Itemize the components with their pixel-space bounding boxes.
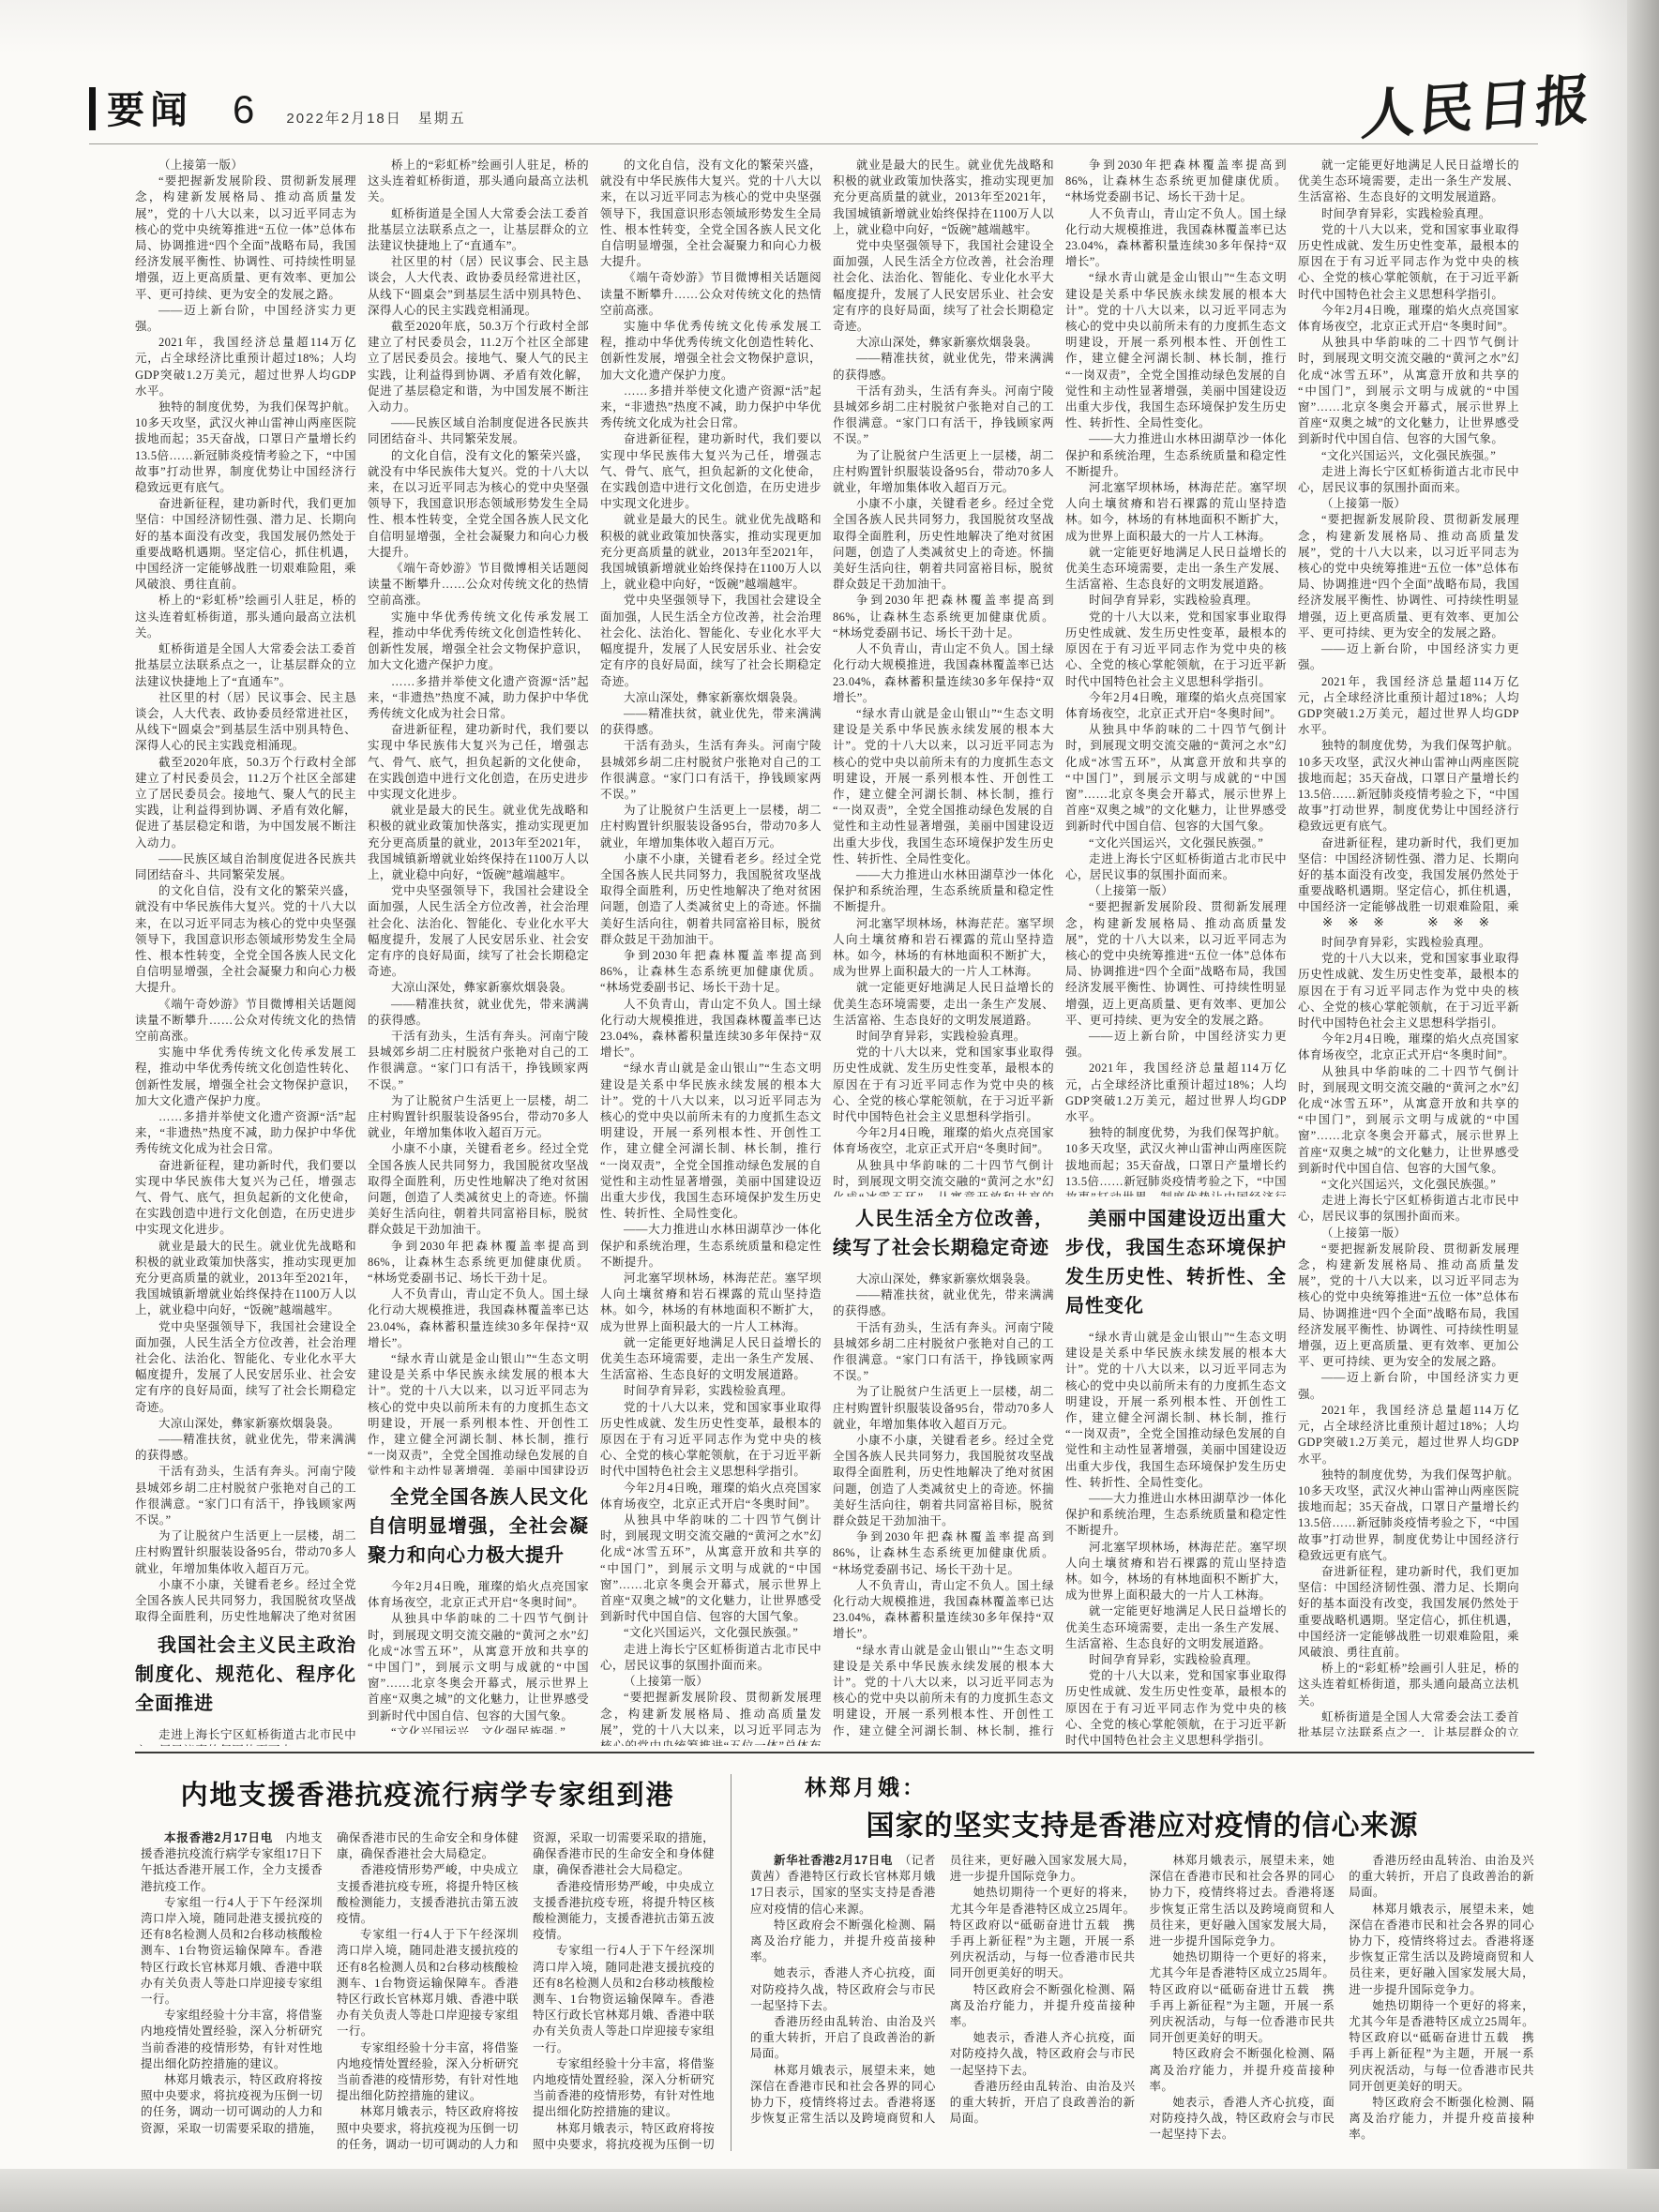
body-paragraph: （上接第一版） [135,158,356,173]
bottom-right-kicker: 林郑月娥： [805,1770,927,1801]
body-paragraph: 党的十八大以来，党和国家事业取得历史性成就、发生历史性变革，最根本的原因在于有习… [600,1400,822,1481]
body-paragraph: （上接第一版） [1065,883,1287,899]
body-paragraph: ——民族区域自治制度促进各民族共同团结奋斗、共同繁荣发展。 [135,851,356,883]
body-paragraph: ——精准扶贫，就业优先，带来满满的获得感。 [600,706,822,738]
column-text: 走进上海长宁区虹桥街道古北市民中心，居民议事的氛围扑面而来。 [135,1727,356,1746]
body-paragraph: 走进上海长宁区虹桥街道古北市民中心，居民议事的氛围扑面而来。 [1298,1193,1519,1225]
body-paragraph: 从独具中华韵味的二十四节气倒计时，到展现文明交流交融的“黄河之水”幻化成“冰雪五… [368,1611,589,1723]
body-paragraph: 特区政府会不断强化检测、隔离及治疗能力，并提升疫苗接种率。 [950,1982,1136,2031]
body-paragraph: 党中央坚强领导下，我国社会建设全面加强，人民生活全方位改善，社会治理社会化、法治… [135,1319,356,1416]
body-paragraph: “要把握新发展阶段、贯彻新发展理念，构建新发展格局、推动高质量发展”，党的十八大… [1298,1241,1519,1371]
body-paragraph: 虹桥街道是全国人大常委会法工委首批基层立法联系点之一，让基层群众的立法建议快捷地… [1298,1709,1519,1737]
dateline: 新华社香港2月17日电 [774,1854,893,1867]
body-paragraph: “文化兴国运兴，文化强民族强。” [368,1724,589,1734]
body-paragraph: “绿水青山就是金山银山”“生态文明建设是关系中华民族永续发展的根本大计”。党的十… [1065,1330,1287,1491]
body-paragraph: 就业是最大的民生。就业优先战略和积极的就业政策加快落实，推动实现更加充分更高质量… [135,1239,356,1319]
subhead-democracy: 我国社会主义民主政治制度化、规范化、程序化全面推进 [135,1632,356,1719]
bottom-section-rule [135,1752,1534,1753]
body-paragraph: 党中央坚强领导下，我国社会建设全面加强，人民生活全方位改善，社会治理社会化、法治… [368,883,589,980]
bottom-right-lead-paragraph: 新华社香港2月17日电 （记者黄茜）香港特区行政长官林郑月娥17日表示，国家的坚… [750,1853,936,1918]
body-paragraph: 社区里的村（居）民议事会、民主恳谈会，人大代表、政协委员经常进社区，从线下“圆桌… [135,690,356,755]
body-paragraph: 党中央坚强领导下，我国社会建设全面加强，人民生活全方位改善，社会治理社会化、法治… [600,593,822,689]
column-text: 大凉山深处，彝家新寨炊烟袅袅。——精准扶贫，就业优先，带来满满的获得感。干活有劲… [833,1272,1054,1737]
scan-edge-top [0,0,1659,54]
body-paragraph: 的文化自信，没有文化的繁荣兴盛，就没有中华民族伟大复兴。党的十八大以来，在以习近… [600,158,822,270]
body-paragraph: 干活有劲头，生活有奔头。河南宁陵县城郊乡胡二庄村脱贫户张艳对自己的工作很满意。“… [833,384,1054,448]
body-paragraph: 香港疫情形势严峻，中央成立支援香港抗疫专班，将提升特区核酸检测能力，支援香港抗击… [337,1862,519,1927]
body-paragraph: ——大力推进山水林田湖草沙一体化保护和系统治理，生态系统质量和稳定性不断提升。 [1065,431,1287,480]
body-paragraph: 人不负青山，青山定不负人。国土绿化行动大规模推进，我国森林覆盖率已达23.04%… [833,641,1054,706]
body-paragraph: 今年2月4日晚，璀璨的焰火点亮国家体育场夜空，北京正式开启“冬奥时间”。 [600,1481,822,1512]
subhead-livelihood: 人民生活全方位改善，续写了社会长期稳定奇迹 [833,1205,1054,1263]
body-paragraph: 奋进新征程，建功新时代，我们要以实现中华民族伟大复兴为己任，增强志气、骨气、底气… [600,431,822,512]
body-paragraph: “要把握新发展阶段、贯彻新发展理念，构建新发展格局、推动高质量发展”，党的十八大… [135,173,356,303]
body-paragraph: 为了让脱贫户生活更上一层楼，胡二庄村购置针织服装设备95台，带动70多人就业，年… [368,1093,589,1142]
body-paragraph: 小康不小康，关键看老乡。经过全党全国各族人民共同努力，我国脱贫攻坚战取得全面胜利… [368,1141,589,1238]
body-paragraph: 实施中华优秀传统文化传承发展工程，推动中华优秀传统文化创造性转化、创新性发展，增… [368,609,589,674]
body-paragraph: 截至2020年底，50.3万个行政村全部建立了村民委员会，11.2万个社区全部建… [135,755,356,851]
body-paragraph: 争到2030年把森林覆盖率提高到86%，让森林生态系统更加健康优质。“林场党委副… [1065,158,1287,206]
body-paragraph: 奋进新征程，建功新时代，我们更加坚信：中国经济韧性强、潜力足、长期向好的基本面没… [1298,1564,1519,1661]
body-paragraph: 专家组一行4人于下午经深圳湾口岸入境，随同赴港支援抗疫的还有8名检测人员和2台移… [533,1943,715,2055]
body-paragraph: 从独具中华韵味的二十四节气倒计时，到展现文明交流交融的“黄河之水”幻化成“冰雪五… [1065,722,1287,835]
body-paragraph: 人不负青山，青山定不负人。国土绿化行动大规模推进，我国森林覆盖率已达23.04%… [1065,206,1287,271]
body-paragraph: 2021年，我国经济总量超114万亿元，占全球经济比重预计超过18%；人均GDP… [135,335,356,399]
body-paragraph: 桥上的“彩虹桥”绘画引人驻足，桥的这头连着虹桥街道，那头通向最高立法机关。 [1298,1661,1519,1709]
body-paragraph: 小康不小康，关键看老乡。经过全党全国各族人民共同努力，我国脱贫攻坚战取得全面胜利… [833,496,1054,593]
article-column-4: 就业是最大的民生。就业优先战略和积极的就业政策加快落实，推动实现更加充分更高质量… [833,158,1054,1746]
body-paragraph: 特区政府会不断强化检测、隔离及治疗能力，并提升疫苗接种率。 [750,1918,936,1966]
article-column-1: （上接第一版）“要把握新发展阶段、贯彻新发展理念，构建新发展格局、推动高质量发展… [135,158,356,1746]
page-number: 6 [233,87,254,131]
body-paragraph: ——精准扶贫，就业优先，带来满满的获得感。 [368,997,589,1029]
body-paragraph: 党的十八大以来，党和国家事业取得历史性成就、发生历史性变革，最根本的原因在于有习… [833,1045,1054,1125]
dateline: 本报香港2月17日电 [164,1831,273,1844]
body-paragraph: “绿水青山就是金山银山”“生态文明建设是关系中华民族永续发展的根本大计”。党的十… [833,1643,1054,1737]
body-paragraph: “绿水青山就是金山银山”“生态文明建设是关系中华民族永续发展的根本大计”。党的十… [368,1351,589,1475]
body-paragraph: 她热切期待一个更好的将来，尤其今年是香港特区成立25周年。特区政府以“砥砺奋进廿… [950,1885,1136,1981]
body-paragraph: ——大力推进山水林田湖草沙一体化保护和系统治理，生态系统质量和稳定性不断提升。 [1065,1491,1287,1540]
body-paragraph: 专家组经验十分丰富，将借鉴内地疫情处置经验，深入分析研究当前香港的疫情形势，有针… [337,2040,519,2105]
body-paragraph: 奋进新征程，建功新时代，我们更加坚信：中国经济韧性强、潜力足、长期向好的基本面没… [1298,835,1519,912]
body-paragraph: 实施中华优秀传统文化传承发展工程，推动中华优秀传统文化创造性转化、创新性发展，增… [600,319,822,384]
header-rule [89,143,1538,144]
body-paragraph: ——精准扶贫，就业优先，带来满满的获得感。 [833,1287,1054,1319]
column-text: 就一定能更好地满足人民日益增长的优美生态环境需要，走出一条生产发展、生活富裕、生… [1298,158,1519,912]
body-paragraph: 独特的制度优势，为我们保驾护航。10多天攻坚，武汉火神山雷神山两座医院拔地而起；… [1298,1467,1519,1564]
body-paragraph: （上接第一版） [1298,496,1519,512]
body-paragraph: 特区政府会不断强化检测、隔离及治疗能力，并提升疫苗接种率。 [1349,2095,1534,2144]
body-paragraph: ……多措并举使文化遗产资源“活”起来，“非遗热”热度不减，助力保护中华优秀传统文… [600,384,822,432]
body-paragraph: “文化兴国运兴，文化强民族强。” [600,1625,822,1641]
body-paragraph: 桥上的“彩虹桥”绘画引人驻足，桥的这头连着虹桥街道，那头通向最高立法机关。 [368,158,589,206]
article-column-6: 就一定能更好地满足人民日益增长的优美生态环境需要，走出一条生产发展、生活富裕、生… [1298,158,1519,1746]
body-paragraph: 今年2月4日晚，璀璨的焰火点亮国家体育场夜空，北京正式开启“冬奥时间”。 [1298,1031,1519,1063]
body-paragraph: 时间孕育异彩，实践检验真理。 [600,1383,822,1399]
subhead-ecology: 美丽中国建设迈出重大步伐，我国生态环境保护发生历史性、转折性、全局性变化 [1065,1205,1287,1321]
body-paragraph: 2021年，我国经济总量超114万亿元，占全球经济比重预计超过18%；人均GDP… [1298,1403,1519,1467]
body-paragraph: 党的十八大以来，党和国家事业取得历史性成就、发生历史性变革，最根本的原因在于有习… [1298,222,1519,303]
body-paragraph: 为了让脱贫户生活更上一层楼，胡二庄村购置针织服装设备95台，带动70多人就业，年… [833,1384,1054,1433]
body-paragraph: “要把握新发展阶段、贯彻新发展理念，构建新发展格局、推动高质量发展”，党的十八大… [1065,899,1287,1029]
body-paragraph: 她表示，香港人齐心抗疫，面对防疫持久战，特区政府会与市民一起坚持下去。 [750,1965,936,2014]
body-paragraph: ——大力推进山水林田湖草沙一体化保护和系统治理，生态系统质量和稳定性不断提升。 [600,1222,822,1271]
body-paragraph: ——迈上新台阶，中国经济实力更强。 [1065,1029,1287,1061]
body-paragraph: 大凉山深处，彝家新寨炊烟袅袅。 [833,1272,1054,1287]
body-paragraph: 奋进新征程，建功新时代，我们要以实现中华民族伟大复兴为己任，增强志气、骨气、底气… [368,722,589,803]
body-paragraph: 河北塞罕坝林场，林海茫茫。塞罕坝人向土壤贫瘠和岩石裸露的荒山坚持造林。如今，林场… [1065,480,1287,545]
body-paragraph: 社区里的村（居）民议事会、民主恳谈会，人大代表、政协委员经常进社区，从线下“圆桌… [368,254,589,319]
body-paragraph: ——精准扶贫，就业优先，带来满满的获得感。 [135,1432,356,1464]
body-paragraph: 桥上的“彩虹桥”绘画引人驻足，桥的这头连着虹桥街道，那头通向最高立法机关。 [135,593,356,641]
section-separator-ornament: ※ ※ ※ ※ ※ ※ [1298,912,1519,935]
body-paragraph: 就一定能更好地满足人民日益增长的优美生态环境需要，走出一条生产发展、生活富裕、生… [1065,545,1287,594]
body-paragraph: ——大力推进山水林田湖草沙一体化保护和系统治理，生态系统质量和稳定性不断提升。 [833,867,1054,916]
body-paragraph: 2021年，我国经济总量超114万亿元，占全球经济比重预计超过18%；人均GDP… [1298,674,1519,739]
body-paragraph: 争到2030年把森林覆盖率提高到86%，让森林生态系统更加健康优质。“林场党委副… [600,948,822,997]
body-paragraph: 就一定能更好地满足人民日益增长的优美生态环境需要，走出一条生产发展、生活富裕、生… [833,980,1054,1029]
body-paragraph: ——迈上新台阶，中国经济实力更强。 [1298,641,1519,673]
bottom-left-lead-paragraph: 本报香港2月17日电 内地支援香港抗疫流行病学专家组17日下午抵达香港开展工作，… [141,1830,323,1895]
body-paragraph: 独特的制度优势，为我们保驾护航。10多天攻坚，武汉火神山雷神山两座医院拔地而起；… [1298,738,1519,835]
body-paragraph: 干活有劲头，生活有奔头。河南宁陵县城郊乡胡二庄村脱贫户张艳对自己的工作很满意。“… [833,1320,1054,1385]
column-text: 就业是最大的民生。就业优先战略和积极的就业政策加快落实，推动实现更加充分更高质量… [833,158,1054,1196]
body-paragraph: 大凉山深处，彝家新寨炊烟袅袅。 [600,690,822,706]
page-header: 要闻62022年2月18日 星期五 [89,81,466,133]
body-paragraph: 奋进新征程，建功新时代，我们要以实现中华民族伟大复兴为己任，增强志气、骨气、底气… [135,1158,356,1239]
body-paragraph: 奋进新征程，建功新时代，我们更加坚信：中国经济韧性强、潜力足、长期向好的基本面没… [135,496,356,593]
body-paragraph: 香港历经由乱转治、由治及兴的重大转折，开启了良政善治的新局面。 [1349,1853,1534,1902]
body-paragraph: 河北塞罕坝林场，林海茫茫。塞罕坝人向土壤贫瘠和岩石裸露的荒山坚持造林。如今，林场… [833,916,1054,981]
body-paragraph: 她表示，香港人齐心抗疫，面对防疫持久战，特区政府会与市民一起坚持下去。 [1150,2095,1335,2144]
bottom-left-article-body: 本报香港2月17日电 内地支援香港抗疫流行病学专家组17日下午抵达香港开展工作，… [141,1830,715,2155]
body-paragraph: 河北塞罕坝林场，林海茫茫。塞罕坝人向土壤贫瘠和岩石裸露的荒山坚持造林。如今，林场… [600,1271,822,1335]
body-paragraph: 就一定能更好地满足人民日益增长的优美生态环境需要，走出一条生产发展、生活富裕、生… [1065,1603,1287,1652]
body-paragraph: ——精准扶贫，就业优先，带来满满的获得感。 [833,351,1054,383]
body-paragraph: ……多措并举使文化遗产资源“活”起来，“非遗热”热度不减，助力保护中华优秀传统文… [368,674,589,723]
body-paragraph: 为了让脱贫户生活更上一层楼，胡二庄村购置针织服装设备95台，带动70多人就业，年… [833,448,1054,497]
body-paragraph: 时间孕育异彩，实践检验真理。 [1298,206,1519,222]
body-paragraph: 虹桥街道是全国人大常委会法工委首批基层立法联系点之一，让基层群众的立法建议快捷地… [135,641,356,690]
body-paragraph: 她热切期待一个更好的将来，尤其今年是香港特区成立25周年。特区政府以“砥砺奋进廿… [1349,1998,1534,2095]
body-paragraph: 时间孕育异彩，实践检验真理。 [1065,1652,1287,1668]
body-paragraph: ——民族区域自治制度促进各民族共同团结奋斗、共同繁荣发展。 [368,415,589,447]
body-paragraph: 为了让脱贫户生活更上一层楼，胡二庄村购置针织服装设备95台，带动70多人就业，年… [135,1528,356,1577]
body-paragraph: 党的十八大以来，党和国家事业取得历史性成就、发生历史性变革，最根本的原因在于有习… [1065,1668,1287,1746]
column-text: 桥上的“彩虹桥”绘画引人驻足，桥的这头连着虹桥街道，那头通向最高立法机关。虹桥街… [368,158,589,1475]
body-paragraph: 时间孕育异彩，实践检验真理。 [1298,935,1519,951]
body-paragraph: ——迈上新台阶，中国经济实力更强。 [1298,1370,1519,1402]
body-paragraph: 香港疫情形势严峻，中央成立支援香港抗疫专班，将提升特区核酸检测能力，支援香港抗击… [533,1879,715,1944]
body-paragraph: 她热切期待一个更好的将来，尤其今年是香港特区成立25周年。特区政府以“砥砺奋进廿… [1150,1949,1335,2046]
body-paragraph: 走进上海长宁区虹桥街道古北市民中心，居民议事的氛围扑面而来。 [1065,851,1287,883]
body-paragraph: 干活有劲头，生活有奔头。河南宁陵县城郊乡胡二庄村脱贫户张艳对自己的工作很满意。“… [135,1464,356,1528]
bottom-right-headline: 国家的坚实支持是香港应对疫情的信心来源 [750,1802,1534,1843]
body-paragraph: 争到2030年把森林覆盖率提高到86%，让森林生态系统更加健康优质。“林场党委副… [833,1529,1054,1578]
body-paragraph: 实施中华优秀传统文化传承发展工程，推动中华优秀传统文化创造性转化、创新性发展，增… [135,1045,356,1109]
body-paragraph: 今年2月4日晚，璀璨的焰火点亮国家体育场夜空，北京正式开启“冬奥时间”。 [368,1579,589,1611]
column-text: “绿水青山就是金山银山”“生态文明建设是关系中华民族永续发展的根本大计”。党的十… [1065,1330,1287,1746]
body-paragraph: 争到2030年把森林覆盖率提高到86%，让森林生态系统更加健康优质。“林场党委副… [368,1239,589,1287]
body-paragraph: 《端午奇妙游》节目微博相关话题阅读量不断攀升……公众对传统文化的热情空前高涨。 [600,270,822,319]
body-paragraph: 河北塞罕坝林场，林海茫茫。塞罕坝人向土壤贫瘠和岩石裸露的荒山坚持造林。如今，林场… [1065,1540,1287,1604]
bottom-right-article-body: 新华社香港2月17日电 （记者黄茜）香港特区行政长官林郑月娥17日表示，国家的坚… [750,1853,1534,2155]
page-date: 2022年2月18日 星期五 [286,111,465,127]
section-marker-bar [89,87,96,130]
body-paragraph: 就业是最大的民生。就业优先战略和积极的就业政策加快落实，推动实现更加充分更高质量… [600,512,822,593]
column-text: 今年2月4日晚，璀璨的焰火点亮国家体育场夜空，北京正式开启“冬奥时间”。从独具中… [368,1579,589,1734]
column-text: （上接第一版）“要把握新发展阶段、贯彻新发展理念，构建新发展格局、推动高质量发展… [135,158,356,1623]
body-paragraph: 林郑月娥表示，展望未来，她深信在香港市民和社会各界的同心协力下，疫情终将过去。香… [1150,1853,1335,1949]
body-paragraph: 大凉山深处，彝家新寨炊烟袅袅。 [833,335,1054,351]
body-paragraph: “要把握新发展阶段、贯彻新发展理念，构建新发展格局、推动高质量发展”，党的十八大… [1298,512,1519,641]
body-paragraph: 独特的制度优势，为我们保驾护航。10多天攻坚，武汉火神山雷神山两座医院拔地而起；… [1065,1125,1287,1196]
body-paragraph: “文化兴国运兴，文化强民族强。” [1298,448,1519,464]
page-curl-shadow [1576,0,1627,2212]
body-paragraph: 人不负青山，青山定不负人。国土绿化行动大规模推进，我国森林覆盖率已达23.04%… [600,997,822,1061]
body-paragraph: 独特的制度优势，为我们保驾护航。10多天攻坚，武汉火神山雷神山两座医院拔地而起；… [135,399,356,496]
body-paragraph: 时间孕育异彩，实践检验真理。 [833,1029,1054,1045]
body-paragraph: 争到2030年把森林覆盖率提高到86%，让森林生态系统更加健康优质。“林场党委副… [833,593,1054,641]
body-paragraph: 专家组一行4人于下午经深圳湾口岸入境，随同赴港支援抗疫的还有8名检测人员和2台移… [141,1895,323,2008]
column-text: 时间孕育异彩，实践检验真理。党的十八大以来，党和国家事业取得历史性成就、发生历史… [1298,935,1519,1737]
column-text: 争到2030年把森林覆盖率提高到86%，让森林生态系统更加健康优质。“林场党委副… [1065,158,1287,1196]
body-paragraph: 截至2020年底，50.3万个行政村全部建立了村民委员会，11.2万个社区全部建… [368,319,589,415]
body-paragraph: 党的十八大以来，党和国家事业取得历史性成就、发生历史性变革，最根本的原因在于有习… [1065,609,1287,690]
body-paragraph: “要把握新发展阶段、贯彻新发展理念，构建新发展格局、推动高质量发展”，党的十八大… [600,1690,822,1746]
body-paragraph: 从独具中华韵味的二十四节气倒计时，到展现文明交流交融的“黄河之水”幻化成“冰雪五… [1298,335,1519,447]
body-paragraph: 干活有劲头，生活有奔头。河南宁陵县城郊乡胡二庄村脱贫户张艳对自己的工作很满意。“… [600,738,822,803]
body-paragraph: “绿水青山就是金山银山”“生态文明建设是关系中华民族永续发展的根本大计”。党的十… [833,706,1054,867]
body-paragraph: “文化兴国运兴，文化强民族强。” [1298,1177,1519,1193]
body-paragraph: 从独具中华韵味的二十四节气倒计时，到展现文明交流交融的“黄河之水”幻化成“冰雪五… [600,1512,822,1625]
body-paragraph: 就业是最大的民生。就业优先战略和积极的就业政策加快落实，推动实现更加充分更高质量… [833,158,1054,238]
article-column-2: 桥上的“彩虹桥”绘画引人驻足，桥的这头连着虹桥街道，那头通向最高立法机关。虹桥街… [368,158,589,1746]
body-paragraph: “绿水青山就是金山银山”“生态文明建设是关系中华民族永续发展的根本大计”。党的十… [600,1061,822,1222]
body-paragraph: 今年2月4日晚，璀璨的焰火点亮国家体育场夜空，北京正式开启“冬奥时间”。 [1065,690,1287,722]
body-paragraph: 今年2月4日晚，璀璨的焰火点亮国家体育场夜空，北京正式开启“冬奥时间”。 [1298,303,1519,335]
body-paragraph: 走进上海长宁区虹桥街道古北市民中心，居民议事的氛围扑面而来。 [1298,464,1519,496]
body-paragraph: 《端午奇妙游》节目微博相关话题阅读量不断攀升……公众对传统文化的热情空前高涨。 [135,997,356,1046]
body-paragraph: 香港历经由乱转治、由治及兴的重大转折，开启了良政善治的新局面。 [750,2014,936,2063]
body-paragraph: 就一定能更好地满足人民日益增长的优美生态环境需要，走出一条生产发展、生活富裕、生… [1298,158,1519,206]
body-paragraph: 香港历经由乱转治、由治及兴的重大转折，开启了良政善治的新局面。 [950,2079,1136,2128]
body-paragraph: ——迈上新台阶，中国经济实力更强。 [135,303,356,335]
body-paragraph: 小康不小康，关键看老乡。经过全党全国各族人民共同努力，我国脱贫攻坚战取得全面胜利… [833,1433,1054,1529]
body-paragraph: 专家组一行4人于下午经深圳湾口岸入境，随同赴港支援抗疫的还有8名检测人员和2台移… [337,1927,519,2039]
scan-edge-bottom [0,2169,1659,2212]
body-paragraph: 的文化自信，没有文化的繁荣兴盛，就没有中华民族伟大复兴。党的十八大以来，在以习近… [135,883,356,996]
body-paragraph: 大凉山深处，彝家新寨炊烟袅袅。 [368,980,589,996]
body-paragraph: 小康不小康，关键看老乡。经过全党全国各族人民共同努力，我国脱贫攻坚战取得全面胜利… [135,1577,356,1623]
body-paragraph: 人不负青山，青山定不负人。国土绿化行动大规模推进，我国森林覆盖率已达23.04%… [833,1578,1054,1643]
body-paragraph: 2021年，我国经济总量超114万亿元，占全球经济比重预计超过18%；人均GDP… [1065,1061,1287,1125]
body-paragraph: 大凉山深处，彝家新寨炊烟袅袅。 [135,1416,356,1432]
body-paragraph: 今年2月4日晚，璀璨的焰火点亮国家体育场夜空，北京正式开启“冬奥时间”。 [833,1125,1054,1157]
body-paragraph: 党中央坚强领导下，我国社会建设全面加强，人民生活全方位改善，社会治理社会化、法治… [833,238,1054,335]
body-paragraph: 从独具中华韵味的二十四节气倒计时，到展现文明交流交融的“黄河之水”幻化成“冰雪五… [833,1158,1054,1196]
body-paragraph: 特区政府会不断强化检测、隔离及治疗能力，并提升疫苗接种率。 [1150,2046,1335,2095]
body-paragraph: 林郑月娥表示，展望未来，她深信在香港市民和社会各界的同心协力下，疫情终将过去。香… [1349,1902,1534,1998]
body-paragraph: 走进上海长宁区虹桥街道古北市民中心，居民议事的氛围扑面而来。 [135,1727,356,1746]
body-paragraph: 专家组经验十分丰富，将借鉴内地疫情处置经验，深入分析研究当前香港的疫情形势，有针… [141,2008,323,2072]
body-paragraph: 为了让脱贫户生活更上一层楼，胡二庄村购置针织服装设备95台，带动70多人就业，年… [600,803,822,851]
body-paragraph: 从独具中华韵味的二十四节气倒计时，到展现文明交流交融的“黄河之水”幻化成“冰雪五… [1298,1064,1519,1177]
body-paragraph: 就一定能更好地满足人民日益增长的优美生态环境需要，走出一条生产发展、生活富裕、生… [600,1335,822,1384]
body-paragraph: 小康不小康，关键看老乡。经过全党全国各族人民共同努力，我国脱贫攻坚战取得全面胜利… [600,851,822,948]
body-paragraph: 《端午奇妙游》节目微博相关话题阅读量不断攀升……公众对传统文化的热情空前高涨。 [368,561,589,609]
body-paragraph: ……多措并举使文化遗产资源“活”起来，“非遗热”热度不减，助力保护中华优秀传统文… [135,1109,356,1158]
section-title: 要闻 [107,90,193,131]
body-paragraph: 专家组经验十分丰富，将借鉴内地疫情处置经验，深入分析研究当前香港的疫情形势，有针… [533,2056,715,2121]
body-paragraph: 干活有劲头，生活有奔头。河南宁陵县城郊乡胡二庄村脱贫户张艳对自己的工作很满意。“… [368,1029,589,1093]
body-paragraph: 党的十八大以来，党和国家事业取得历史性成就、发生历史性变革，最根本的原因在于有习… [1298,951,1519,1031]
body-paragraph: （上接第一版） [600,1674,822,1690]
body-paragraph: 就业是最大的民生。就业优先战略和积极的就业政策加快落实，推动实现更加充分更高质量… [368,803,589,883]
body-paragraph: 走进上海长宁区虹桥街道古北市民中心，居民议事的氛围扑面而来。 [600,1642,822,1674]
subhead-culture: 全党全国各族人民文化自信明显增强，全社会凝聚力和向心力极大提升 [368,1483,589,1571]
body-paragraph: “绿水青山就是金山银山”“生态文明建设是关系中华民族永续发展的根本大计”。党的十… [1065,270,1287,431]
column-text: 的文化自信，没有文化的繁荣兴盛，就没有中华民族伟大复兴。党的十八大以来，在以习近… [600,158,822,1746]
body-paragraph: （上接第一版） [1298,1226,1519,1241]
bottom-section-divider [731,1774,731,2151]
scan-edge-right [1627,0,1659,2212]
article-column-3: 的文化自信，没有文化的繁荣兴盛，就没有中华民族伟大复兴。党的十八大以来，在以习近… [600,158,822,1746]
bottom-left-headline: 内地支援香港抗疫流行病学专家组到港 [141,1774,715,1813]
body-paragraph: “文化兴国运兴，文化强民族强。” [1065,835,1287,851]
body-paragraph: 她表示，香港人齐心抗疫，面对防疫持久战，特区政府会与市民一起坚持下去。 [950,2030,1136,2079]
body-paragraph: 人不负青山，青山定不负人。国土绿化行动大规模推进，我国森林覆盖率已达23.04%… [368,1287,589,1351]
body-paragraph: 的文化自信，没有文化的繁荣兴盛，就没有中华民族伟大复兴。党的十八大以来，在以习近… [368,448,589,561]
article-column-5: 争到2030年把森林覆盖率提高到86%，让森林生态系统更加健康优质。“林场党委副… [1065,158,1287,1746]
body-paragraph: 虹桥街道是全国人大常委会法工委首批基层立法联系点之一，让基层群众的立法建议快捷地… [368,206,589,255]
body-paragraph: 时间孕育异彩，实践检验真理。 [1065,593,1287,609]
